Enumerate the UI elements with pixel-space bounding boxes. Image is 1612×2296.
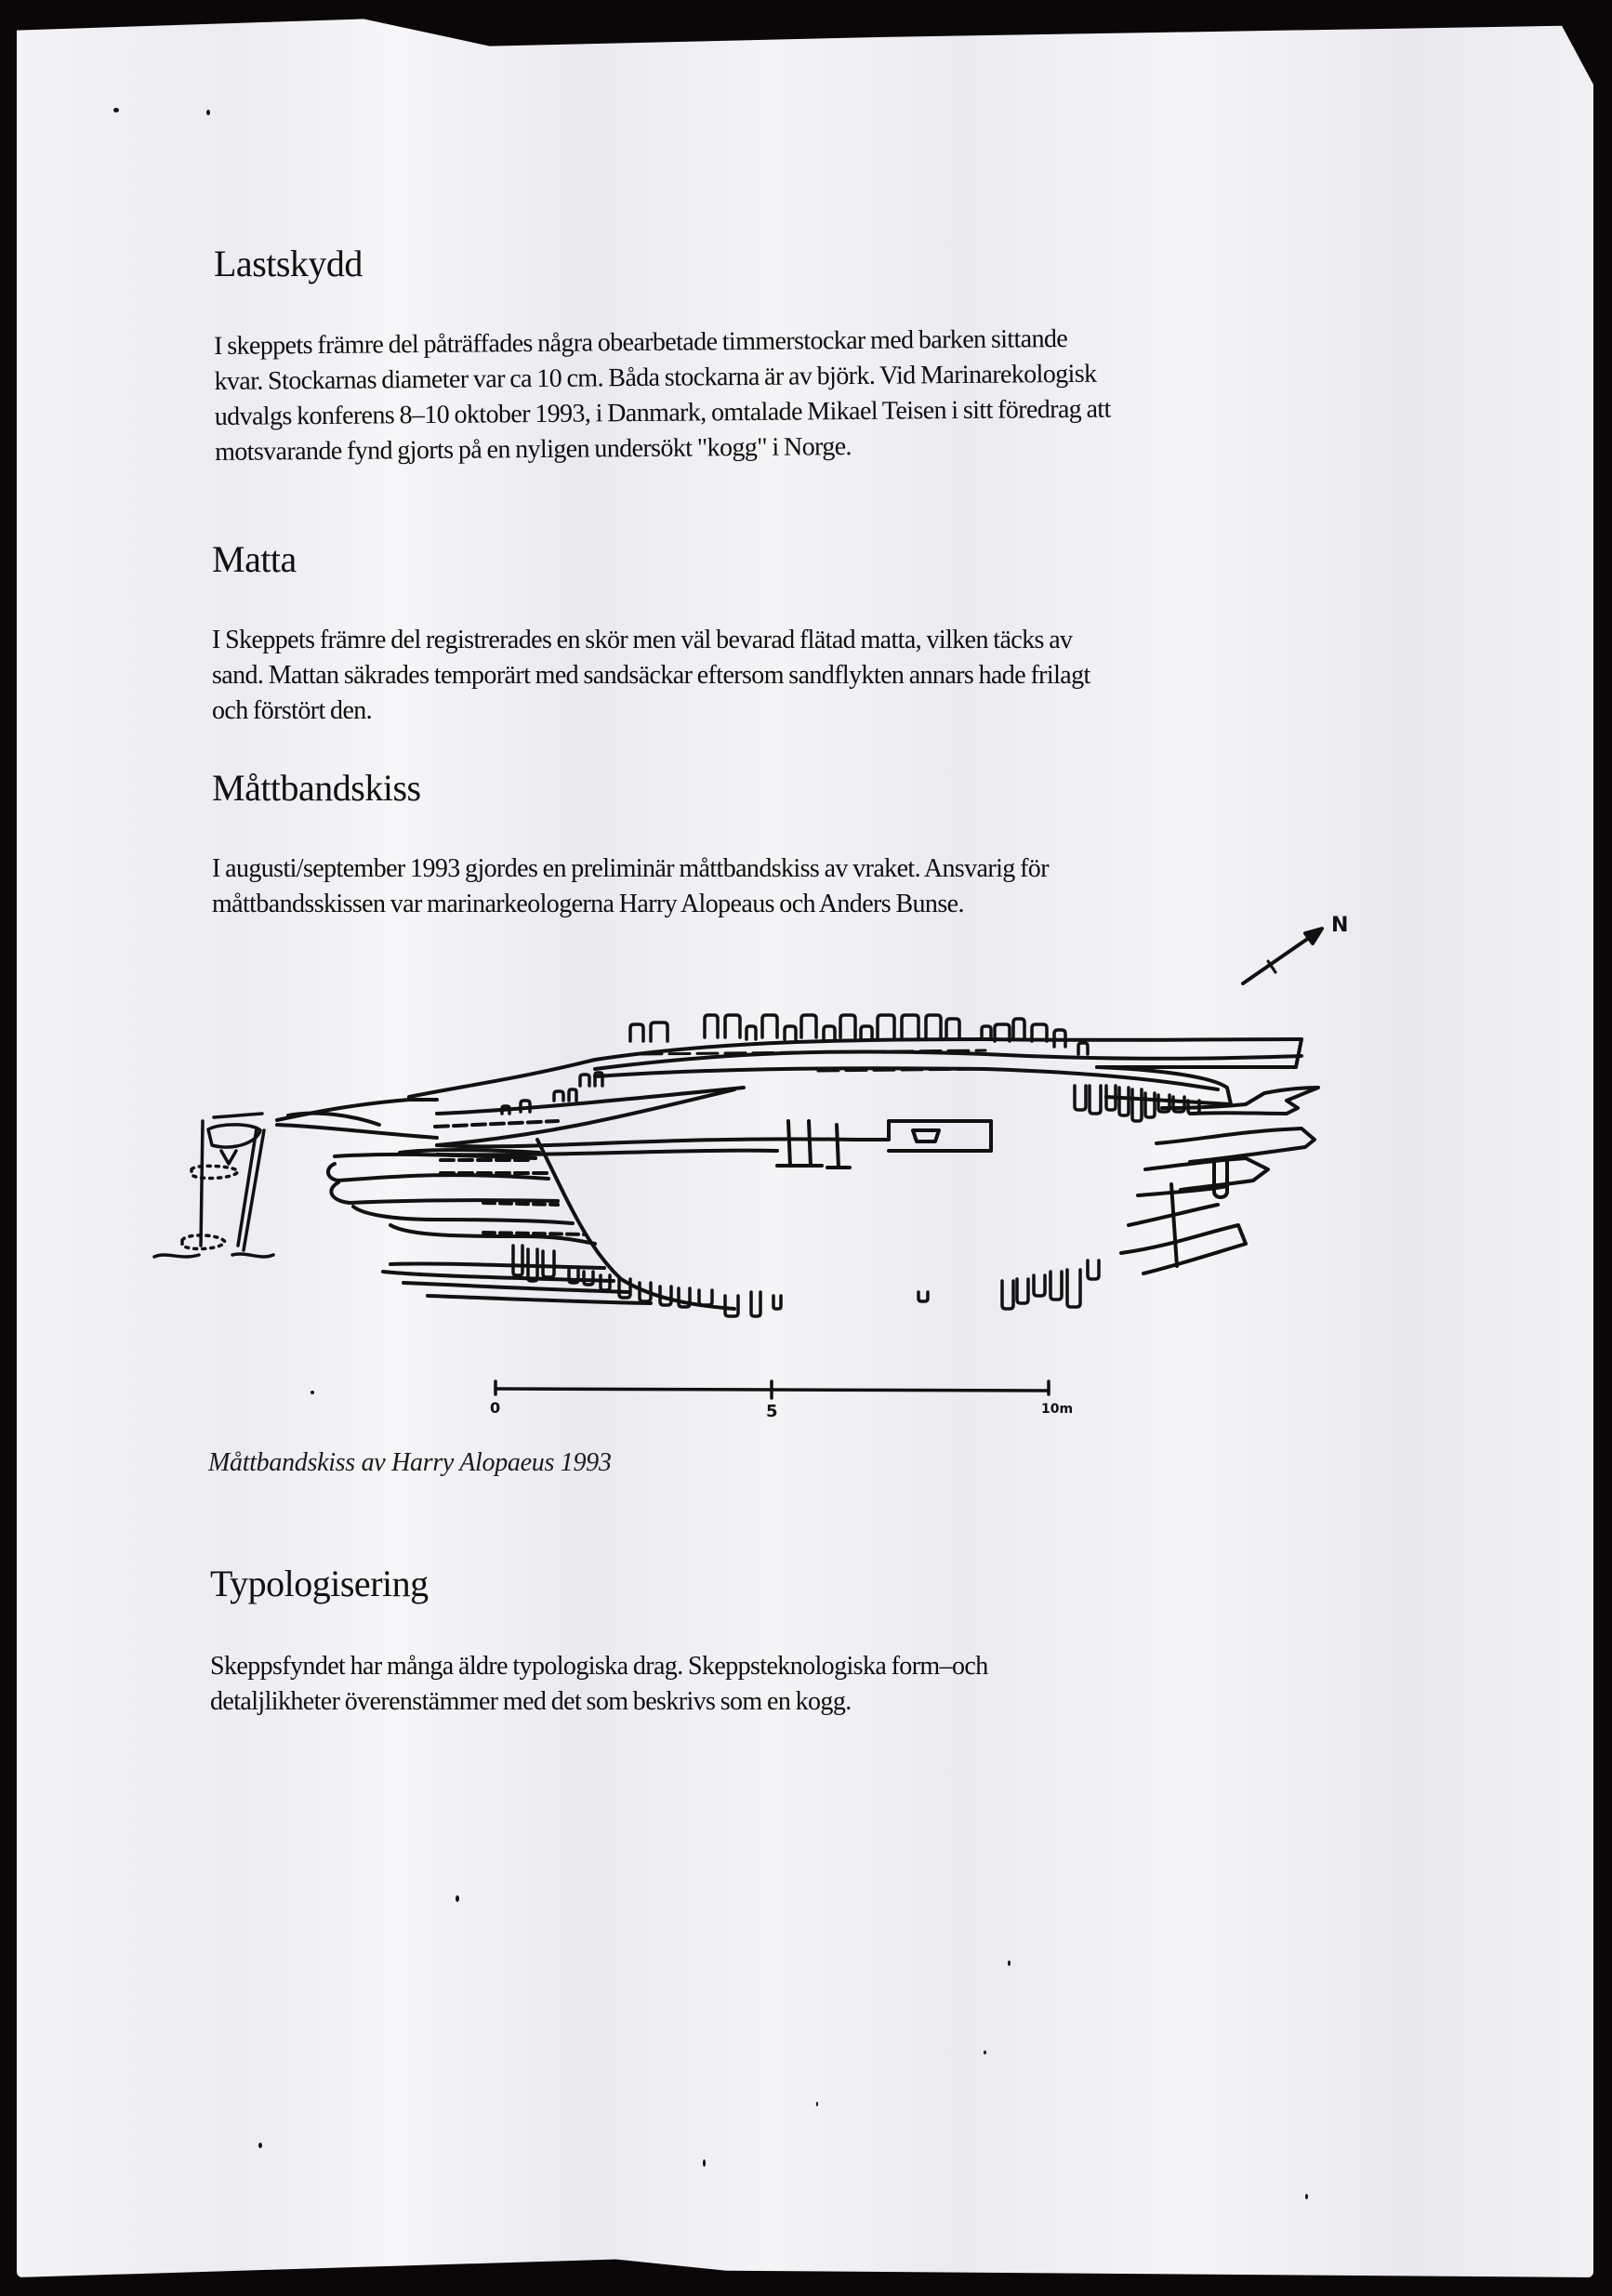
scan-speck bbox=[258, 2143, 262, 2148]
document-page: Lastskydd I skeppets främre del påträffa… bbox=[17, 17, 1593, 2277]
stem-post bbox=[154, 1114, 273, 1257]
north-arrow-icon: N bbox=[1243, 914, 1348, 983]
figure-caption: Måttbandskiss av Harry Alopaeus 1993 bbox=[208, 1448, 612, 1478]
text-line: Skeppsfyndet har många äldre typologiska… bbox=[210, 1649, 988, 1684]
scan-speck bbox=[816, 2102, 818, 2106]
section-heading-typologisering: Typologisering bbox=[210, 1562, 429, 1605]
scan-speck bbox=[1008, 1960, 1011, 1966]
text-line: detaljlikheter överenstämmer med det som… bbox=[210, 1684, 988, 1720]
scan-speck bbox=[984, 2051, 986, 2054]
wreck-sketch: N bbox=[17, 17, 1593, 1504]
hull-strakes bbox=[277, 1039, 1301, 1309]
frame-bottoms bbox=[513, 1086, 1199, 1316]
scan-speck bbox=[1305, 2194, 1308, 2199]
frame-tops bbox=[502, 1015, 1088, 1114]
stern-section bbox=[1097, 1067, 1318, 1273]
scan-speck bbox=[456, 1895, 459, 1902]
scale-tick-10m: 10m bbox=[1041, 1402, 1073, 1417]
scan-speck bbox=[703, 2159, 706, 2167]
scale-tick-5: 5 bbox=[766, 1402, 778, 1421]
section-body-typologisering: Skeppsfyndet har många äldre typologiska… bbox=[210, 1649, 988, 1720]
north-label: N bbox=[1331, 914, 1348, 937]
scale-bar: 0 5 10m bbox=[490, 1381, 1073, 1421]
scale-tick-0: 0 bbox=[490, 1399, 500, 1417]
